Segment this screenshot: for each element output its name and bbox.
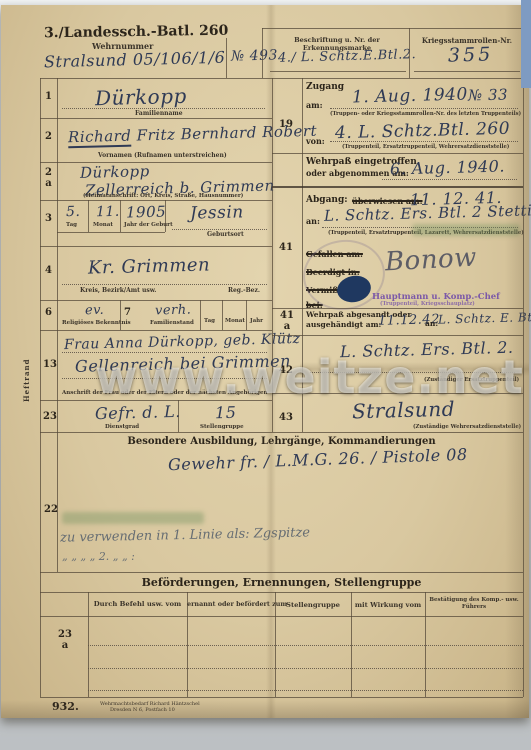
row-number: 22 — [44, 505, 58, 516]
zugang-nr: № 33 — [468, 85, 509, 104]
rule — [40, 432, 523, 433]
rule — [40, 330, 272, 331]
heftrand-label: Heftrand — [22, 332, 36, 402]
rule — [414, 71, 520, 72]
rule — [62, 284, 267, 285]
rule — [40, 697, 523, 698]
signature: Bonow — [384, 243, 477, 278]
rule — [40, 162, 272, 163]
wehrpass-in-value: 6. Aug. 1940. — [390, 156, 505, 178]
rule — [226, 38, 227, 78]
rule — [178, 400, 179, 432]
ehe-jahr-label: Jahr — [250, 318, 263, 324]
form-number: 932. — [52, 700, 79, 713]
rule — [88, 690, 523, 691]
row-number: 1 — [45, 92, 52, 103]
censor-blur — [62, 512, 204, 524]
row-number: 7 — [124, 308, 131, 319]
familienname-label: Familienname — [135, 110, 183, 117]
row-number: 2 — [45, 132, 52, 143]
rule — [272, 335, 523, 336]
birth-day: 5. — [66, 204, 81, 220]
rule — [40, 78, 523, 79]
promotions-col1: Durch Befehl usw. vom — [88, 600, 187, 608]
photo-background-edge — [521, 0, 531, 88]
row-number: 4 — [45, 266, 52, 277]
regbez-label: Reg.-Bez. — [228, 287, 260, 294]
abgang-title: Abgang: — [306, 195, 348, 205]
rule — [172, 229, 267, 230]
unit-stamp: 3./Landessch.-Batl. 260 — [44, 23, 229, 42]
rule — [40, 300, 272, 301]
wehrersatzdienststelle-label: (Zuständige Wehrersatzdienststelle) — [413, 424, 521, 430]
rule — [88, 645, 523, 646]
familienstand-label: Familienstand — [150, 320, 194, 326]
wehrpass-out-label2: ausgehändigt am: — [306, 320, 381, 329]
birth-year: 1905 — [126, 202, 167, 221]
stellengruppe-value: 15 — [215, 403, 237, 423]
promotions-col4: mit Wirkung vom — [351, 601, 425, 609]
rule — [222, 300, 223, 330]
monat-label: Monat — [93, 222, 113, 228]
geburtsort-value: Jessin — [190, 202, 244, 223]
kriegsstammrollen-value: 355 — [448, 43, 494, 66]
familienstand-value: verh. — [155, 303, 192, 319]
rule — [262, 28, 523, 29]
document-photo: www.weitze.net Heftrand 3./Landessch.-Ba… — [0, 0, 531, 750]
rule — [120, 300, 121, 330]
promotions-title: Beförderungen, Ernennungen, Stellengrupp… — [40, 576, 523, 589]
familienname-value: Dürkopp — [95, 84, 187, 110]
birth-month: 11. — [96, 204, 120, 221]
wehrpass-out-an-value: L. Schtz. E. Btl. 2. — [438, 309, 531, 326]
zugang-sub2: (Truppenteil, Ersatztruppenteil, Wehrers… — [342, 144, 509, 150]
row-number: 41 — [279, 243, 293, 254]
rule — [409, 28, 410, 78]
rule — [272, 153, 523, 154]
rule — [40, 78, 41, 697]
row-number: 23a — [58, 630, 72, 651]
kreis-value: Kr. Grimmen — [88, 254, 211, 278]
rule — [88, 668, 523, 669]
vornamen-label: Vornamen (Rufnamen unterstreichen) — [98, 152, 227, 159]
row-number: 43 — [279, 413, 293, 424]
rule — [120, 200, 121, 232]
wehrpass-out-an-label: an: — [425, 319, 438, 328]
rule — [40, 572, 523, 573]
rule — [88, 200, 89, 232]
row-number: 6 — [45, 308, 52, 319]
ehe-tag-label: Tag — [204, 318, 215, 324]
rule — [62, 108, 265, 109]
row-number: 23 — [43, 412, 57, 423]
rule — [272, 308, 523, 309]
dienstgrad-label: Dienstgrad — [105, 424, 139, 430]
rule — [57, 78, 58, 572]
rule — [40, 592, 523, 593]
watermark: www.weitze.net — [95, 350, 524, 404]
row-number: 3 — [45, 214, 52, 225]
printer-line2: Dresden N 6, Postfach 10 — [110, 707, 175, 713]
rule — [262, 28, 263, 78]
rule — [382, 179, 517, 180]
rule — [57, 232, 165, 233]
rule — [40, 118, 272, 119]
promotions-col5: Bestätigung des Komp.- usw. Führers — [427, 597, 521, 611]
zugang-von-label: von: — [306, 136, 325, 146]
row-number: 41a — [278, 311, 296, 332]
rule — [40, 200, 272, 201]
dienstgrad-value: Gefr. d. L. — [95, 402, 181, 423]
pencil-note-line2: „ „ „ „ 2. „ „ : — [62, 550, 135, 563]
jahr-label: Jahr der Geburt — [124, 222, 173, 228]
rule — [246, 300, 247, 330]
kreis-label: Kreis, Bezirk/Amt usw. — [80, 287, 156, 294]
rufname: Richard — [68, 127, 132, 149]
stellengruppe-label: Stellengruppe — [200, 424, 244, 430]
zugang-date: 1. Aug. 1940 — [352, 84, 468, 107]
abgang-an-label: an: — [306, 216, 320, 226]
censor-blur — [412, 224, 520, 236]
rule — [200, 300, 201, 330]
promotions-col2: ernannt oder befördert zum — [187, 600, 275, 608]
bekenntnis-value: ev. — [85, 303, 105, 318]
row-number: 19 — [279, 120, 293, 131]
row-number: 2a — [45, 168, 52, 189]
row-number: 13 — [43, 360, 57, 371]
ehe-monat-label: Monat — [225, 318, 245, 324]
zugang-title: Zugang — [306, 82, 344, 92]
geburtsort-label: Geburtsort — [207, 231, 244, 238]
zugang-sub1: (Truppen- oder Kriegsstammrollen-Nr. des… — [330, 111, 521, 117]
rule — [270, 71, 406, 72]
rule — [330, 141, 518, 142]
promotions-col3: Stellengruppe — [275, 601, 351, 609]
company-chief-stamp-sub: (Truppenteil, Kriegsschauplatz) — [380, 301, 475, 307]
heimatanschrift-line1: Dürkopp — [80, 162, 150, 182]
tag-label: Tag — [66, 222, 77, 228]
zugang-am-label: am: — [306, 100, 323, 110]
heimatanschrift-label: (Heimatanschrift: Ort, Kreis, Straße, Ha… — [83, 193, 243, 199]
rule — [40, 246, 272, 247]
rule — [40, 616, 523, 617]
rule — [330, 108, 518, 109]
